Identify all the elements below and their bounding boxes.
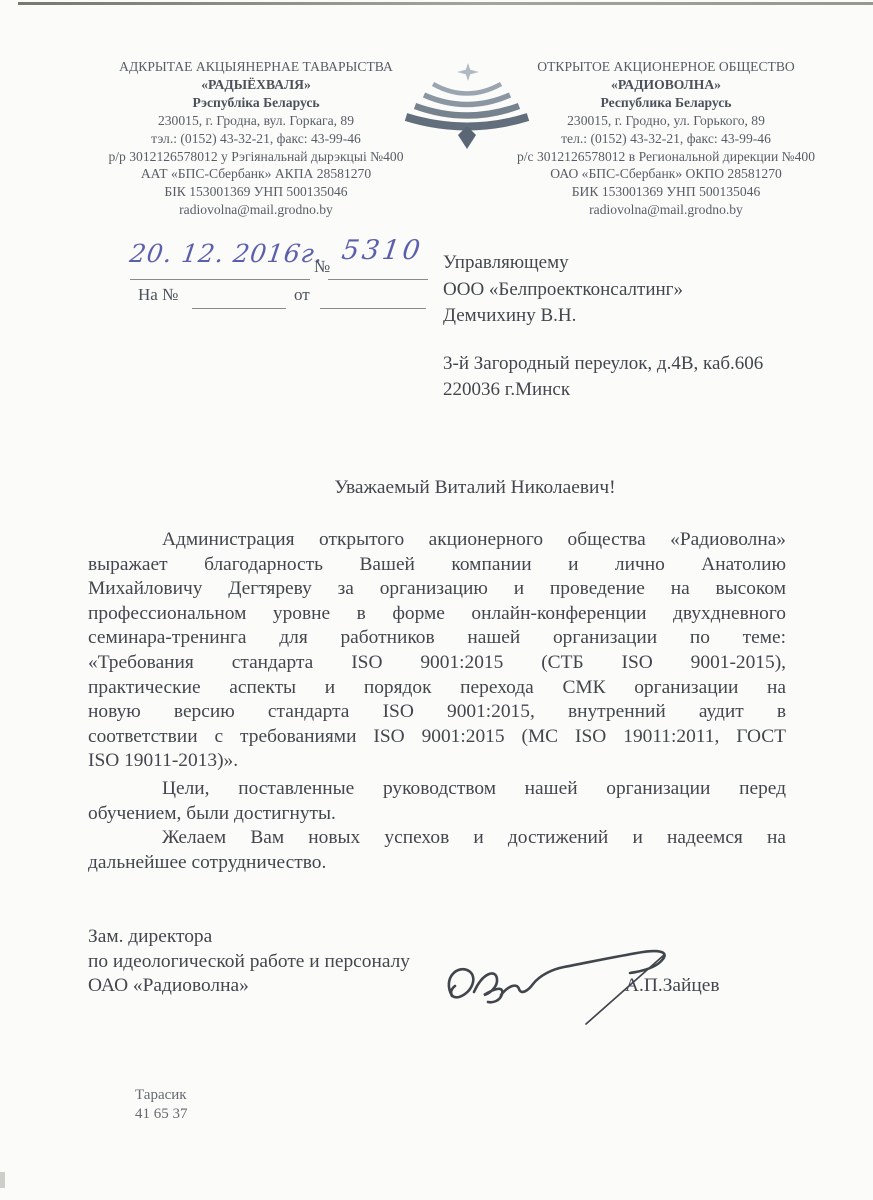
email-ru: radiovolna@mail.grodno.by <box>482 201 850 219</box>
country-by: Рэспубліка Беларусь <box>72 94 440 112</box>
body-line: Администрация открытого акционерного общ… <box>88 528 786 553</box>
body-line: дальнейшее сотрудничество. <box>88 851 786 876</box>
org-name-by: «РАДЫЁХВАЛЯ» <box>72 76 440 94</box>
number-label: № <box>314 257 330 277</box>
reply-to-label: На № <box>138 285 178 305</box>
body-line: Цели, поставленные руководством нашей ор… <box>88 777 786 802</box>
codes-by: БІК 153001369 УНП 500135046 <box>72 183 440 201</box>
executor-phone: 41 65 37 <box>135 1105 188 1124</box>
email-by: radiovolna@mail.grodno.by <box>72 201 440 219</box>
body-line: семинара-тренинга для работников нашей о… <box>88 626 786 651</box>
body-line: Желаем Вам новых успехов и достижений и … <box>88 826 786 851</box>
letterhead-left: АДКРЫТАЕ АКЦЫЯНЕРНАЕ ТАВАРЫСТВА «РАДЫЁХВ… <box>72 58 440 219</box>
bank-ru: ОАО «БПС-Сбербанк» ОКПО 28581270 <box>482 165 850 183</box>
addressee-position: Управляющему <box>443 250 763 277</box>
addressee-block: Управляющему ООО «Белпроектконсалтинг» Д… <box>443 250 763 404</box>
body-line: соответствии с требованиями ISO 9001:201… <box>88 725 786 750</box>
date-underline <box>130 279 310 280</box>
account-ru: р/с 3012126578012 в Региональной дирекци… <box>482 148 850 166</box>
phone-ru: тел.: (0152) 43-32-21, факс: 43-99-46 <box>482 130 850 148</box>
from-label: от <box>294 285 310 305</box>
addressee-company: ООО «Белпроектконсалтинг» <box>443 277 763 304</box>
account-by: р/р 3012126578012 у Рэгіянальнай дырэкцы… <box>72 148 440 166</box>
body-line: выражает благодарность Вашей компании и … <box>88 553 786 578</box>
handwritten-number: 5310 <box>340 235 425 266</box>
bank-by: ААТ «БПС-Сбербанк» АКПА 28581270 <box>72 165 440 183</box>
from-date-underline <box>320 308 426 309</box>
body-line: новую версию стандарта ISO 9001:2015, вн… <box>88 700 786 725</box>
org-type-by: АДКРЫТАЕ АКЦЫЯНЕРНАЕ ТАВАРЫСТВА <box>72 58 440 76</box>
phone-by: тэл.: (0152) 43-32-21, факс: 43-99-46 <box>72 130 440 148</box>
body-line: ISO 19011-2013)». <box>88 749 786 774</box>
scan-speck-artifact <box>0 1172 5 1188</box>
body-line: Михайловичу Дегтяреву за организацию и п… <box>88 577 786 602</box>
addressee-person: Демчихину В.Н. <box>443 303 763 330</box>
handwritten-date: 20. 12. 2016г. <box>128 239 326 268</box>
scanned-letter-page: АДКРЫТАЕ АКЦЫЯНЕРНАЕ ТАВАРЫСТВА «РАДЫЁХВ… <box>0 0 873 1200</box>
addressee-city: 220036 г.Минск <box>443 377 763 404</box>
codes-ru: БИК 153001369 УНП 500135046 <box>482 183 850 201</box>
executor-block: Тарасик 41 65 37 <box>135 1086 188 1123</box>
letter-body: Администрация открытого акционерного общ… <box>88 528 786 875</box>
address-ru: 230015, г. Гродно, ул. Горького, 89 <box>482 112 850 130</box>
country-ru: Республика Беларусь <box>482 94 850 112</box>
body-line: «Требования стандарта ISO 9001:2015 (СТБ… <box>88 651 786 676</box>
four-pointed-star-icon <box>457 63 479 81</box>
handwritten-signature-icon <box>438 946 690 1038</box>
number-underline <box>328 279 428 280</box>
addressee-gap <box>443 330 763 351</box>
org-name-ru: «РАДИОВОЛНА» <box>482 76 850 94</box>
executor-name: Тарасик <box>135 1086 188 1105</box>
address-by: 230015, г. Гродна, вул. Горкага, 89 <box>72 112 440 130</box>
addressee-street: 3-й Загородный переулок, д.4В, каб.606 <box>443 351 763 378</box>
body-line: практические аспекты и порядок перехода … <box>88 676 786 701</box>
org-type-ru: ОТКРЫТОЕ АКЦИОНЕРНОЕ ОБЩЕСТВО <box>482 58 850 76</box>
reply-number-underline <box>192 308 286 309</box>
body-line: профессиональном уровне в форме онлайн-к… <box>88 602 786 627</box>
body-line: обучением, были достигнуты. <box>88 802 786 827</box>
reference-block: 20. 12. 2016г. № 5310 На № от <box>128 241 428 317</box>
salutation: Уважаемый Виталий Николаевич! <box>88 477 786 499</box>
letterhead-right: ОТКРЫТОЕ АКЦИОНЕРНОЕ ОБЩЕСТВО «РАДИОВОЛН… <box>482 58 850 219</box>
scan-edge-artifact <box>18 2 873 5</box>
